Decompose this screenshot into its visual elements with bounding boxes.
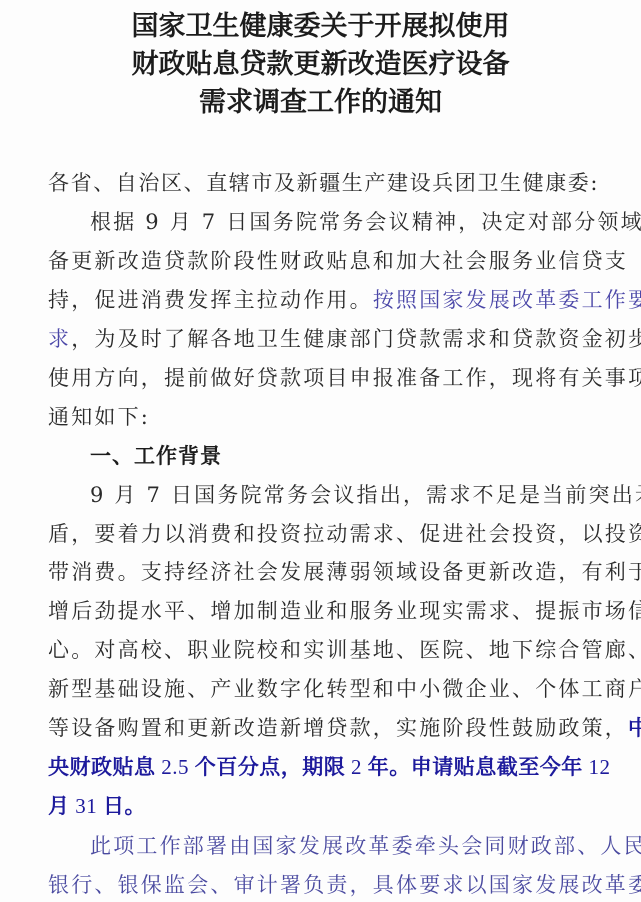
deadline-text: 年。申请贴息截至今年	[368, 755, 583, 779]
intro-line-4-text: ，为及时了解各地卫生健康部门贷款需求和贷款资金初步	[71, 327, 641, 351]
title-line-1: 国家卫生健康委关于开展拟使用	[0, 8, 641, 46]
background-line-7: 等设备购置和更新改造新增贷款，实施阶段性鼓励政策，中	[48, 709, 603, 748]
deadline-line: 月 31 日。	[48, 787, 603, 826]
intro-line-6: 通知如下:	[48, 398, 603, 437]
subsidy-years: 2	[345, 755, 368, 779]
intro-line-5: 使用方向，提前做好贷款项目申报准备工作，现将有关事项	[48, 359, 603, 398]
intro-line-3-text: 持，促进消费发挥主拉动作用。	[48, 288, 373, 312]
background-line-5: 心。对高校、职业院校和实训基地、医院、地下综合管廊、	[48, 631, 603, 670]
background-line-6: 新型基础设施、产业数字化转型和中小微企业、个体工商户	[48, 670, 603, 709]
title-line-3: 需求调查工作的通知	[0, 84, 641, 122]
ndrc-requirement-link[interactable]: 按照国家发展改革委工作要	[373, 288, 641, 312]
subsidy-highlight-line: 央财政贴息 2.5 个百分点，期限 2 年。申请贴息截至今年 12	[48, 748, 603, 787]
intro-line-4: 求，为及时了解各地卫生健康部门贷款需求和贷款资金初步	[48, 320, 603, 359]
intro-line-1: 根据 9 月 7 日国务院常务会议精神，决定对部分领域设	[90, 203, 603, 242]
closing-line-2: 银行、银保监会、审计署负责，具体要求以国家发展改革委	[48, 866, 603, 902]
section-heading: 一、工作背景	[90, 437, 641, 476]
background-line-3: 带消费。支持经济社会发展薄弱领域设备更新改造，有利于	[48, 553, 603, 592]
subsidy-text: 央财政贴息	[48, 755, 156, 779]
deadline-month-label: 月	[48, 794, 70, 818]
deadline-month: 12	[583, 755, 611, 779]
deadline-day-label: 日。	[103, 794, 146, 818]
notice-document: 国家卫生健康委关于开展拟使用 财政贴息贷款更新改造医疗设备 需求调查工作的通知 …	[0, 0, 641, 902]
subsidy-highlight-start: 中	[628, 716, 641, 740]
intro-line-2: 备更新改造贷款阶段性财政贴息和加大社会服务业信贷支	[48, 242, 603, 281]
subsidy-term-text: 个百分点，期限	[195, 755, 346, 779]
background-line-7-text: 等设备购置和更新改造新增贷款，实施阶段性鼓励政策，	[48, 716, 628, 740]
deadline-day: 31	[70, 794, 104, 818]
background-line-2: 盾，要着力以消费和投资拉动需求、促进社会投资，以投资	[48, 515, 603, 554]
closing-line-1: 此项工作部署由国家发展改革委牵头会同财政部、人民	[90, 827, 603, 866]
background-line-1: 9 月 7 日国务院常务会议指出，需求不足是当前突出矛	[90, 476, 603, 515]
salutation: 各省、自治区、直辖市及新疆生产建设兵团卫生健康委:	[48, 164, 603, 203]
title-line-2: 财政贴息贷款更新改造医疗设备	[0, 46, 641, 84]
intro-line-3: 持，促进消费发挥主拉动作用。按照国家发展改革委工作要	[48, 281, 603, 320]
subsidy-rate: 2.5	[156, 755, 195, 779]
ndrc-requirement-link-cont[interactable]: 求	[48, 327, 71, 351]
background-line-4: 增后劲提水平、增加制造业和服务业现实需求、提振市场信	[48, 592, 603, 631]
